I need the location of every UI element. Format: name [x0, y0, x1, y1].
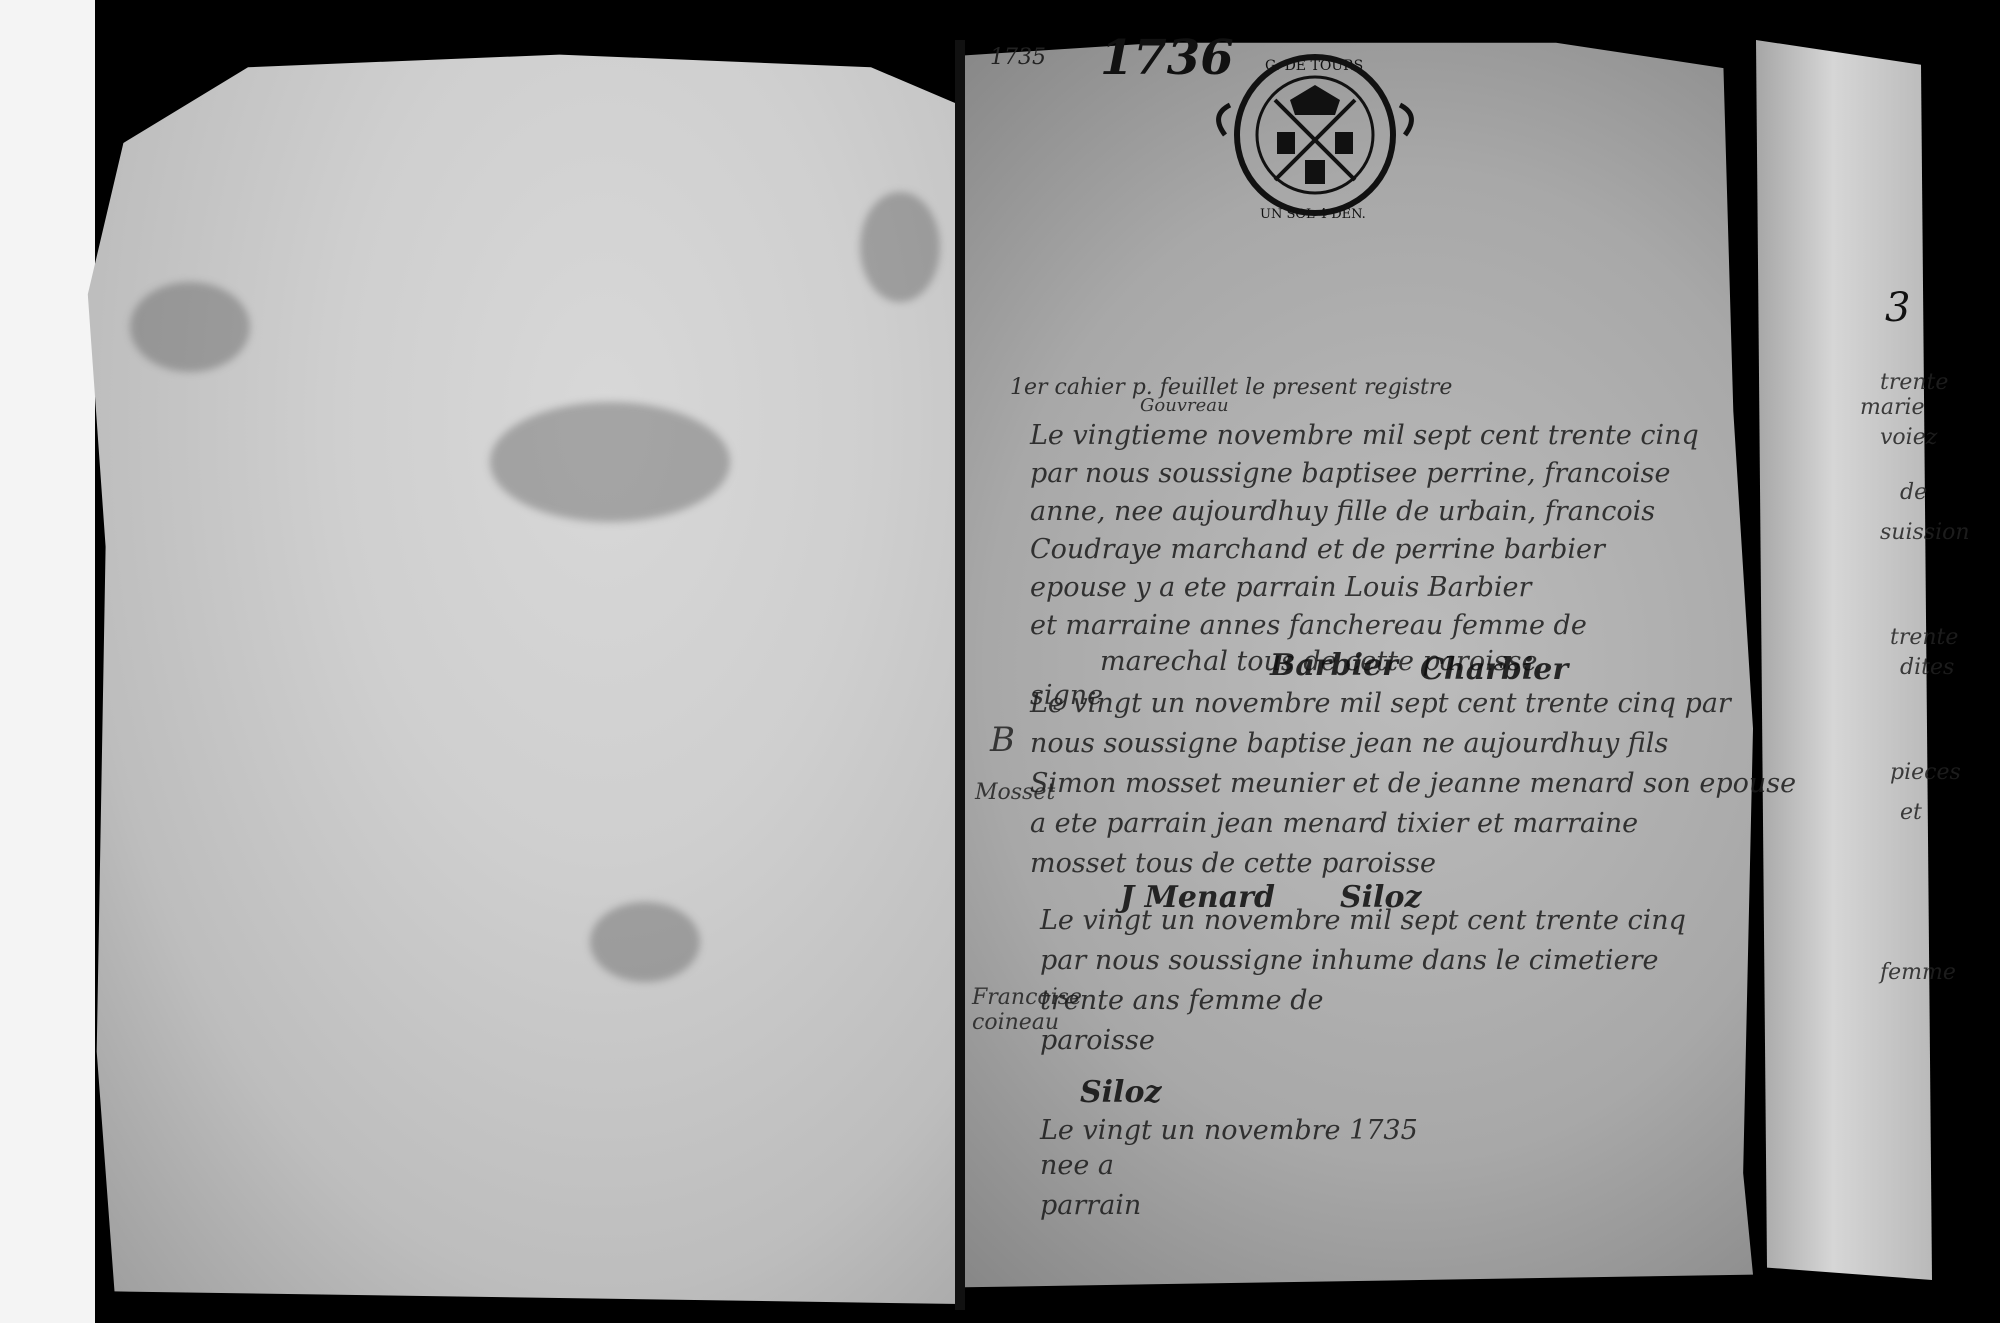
tax-stamp-icon: G. DE TOURS UN SOL 4 DEN.	[1205, 40, 1425, 230]
water-stain	[490, 402, 730, 522]
signature: Barbier	[1270, 648, 1398, 683]
year-small: 1735	[990, 45, 1046, 70]
scan-margin	[0, 0, 95, 1323]
entry-line: Coudraye marchand et de perrine barbier	[1030, 534, 1605, 565]
entry-line: et marraine annes fanchereau femme de	[1030, 610, 1587, 641]
entry-line: Simon mosset meunier et de jeanne menard…	[1030, 768, 1796, 799]
entry-line: a ete parrain jean menard tixier et marr…	[1030, 808, 1638, 839]
entry-line: nous soussigne baptise jean ne aujourdhu…	[1030, 728, 1668, 759]
entry-line: parrain	[1040, 1190, 1141, 1221]
strip-note: dites	[1900, 655, 1954, 680]
water-stain	[860, 192, 940, 302]
strip-note: marie	[1860, 395, 1925, 420]
entry-line: par nous soussigne inhume dans le cimeti…	[1040, 945, 1658, 976]
entry-line: Le vingt un novembre 1735	[1040, 1115, 1418, 1146]
signature: Siloz	[1080, 1075, 1162, 1110]
strip-note: de	[1900, 480, 1927, 505]
entry-line: par nous soussigne baptisee perrine, fra…	[1030, 458, 1670, 489]
signature: Charbier	[1420, 652, 1568, 687]
entry-line: Le vingtieme novembre mil sept cent tren…	[1030, 420, 1699, 451]
entry-line: nee a	[1040, 1150, 1114, 1181]
book-gutter	[955, 40, 965, 1310]
entry-line: Le vingt un novembre mil sept cent trent…	[1040, 905, 1686, 936]
strip-note: trente	[1890, 625, 1958, 650]
entry-line: Le vingt un novembre mil sept cent trent…	[1030, 688, 1731, 719]
left-page-blank	[70, 42, 960, 1304]
entry-line: anne, nee aujourdhuy fille de urbain, fr…	[1030, 496, 1655, 527]
entry-line: mosset tous de cette paroisse	[1030, 848, 1436, 879]
strip-note: femme	[1880, 960, 1956, 985]
strip-note: trente	[1880, 370, 1948, 395]
margin-note: B	[990, 720, 1015, 760]
water-stain	[130, 282, 250, 372]
entry-line: paroisse	[1040, 1025, 1155, 1056]
folio-number: 3	[1885, 285, 1910, 331]
strip-note: pieces	[1890, 760, 1961, 785]
entry-line: trente ans femme de	[1040, 985, 1323, 1016]
strip-note: voiez	[1880, 425, 1937, 450]
annotation: 1er cahier p. feuillet le present regist…	[1010, 375, 1452, 400]
water-stain	[590, 902, 700, 982]
strip-note: et	[1900, 800, 1922, 825]
svg-text:G. DE TOURS: G. DE TOURS	[1265, 58, 1363, 74]
annotation-name: Gouvreau	[1140, 395, 1229, 416]
svg-text:UN SOL 4 DEN.: UN SOL 4 DEN.	[1260, 207, 1366, 222]
entry-line: epouse y a ete parrain Louis Barbier	[1030, 572, 1531, 603]
strip-note: suission	[1880, 520, 1970, 545]
